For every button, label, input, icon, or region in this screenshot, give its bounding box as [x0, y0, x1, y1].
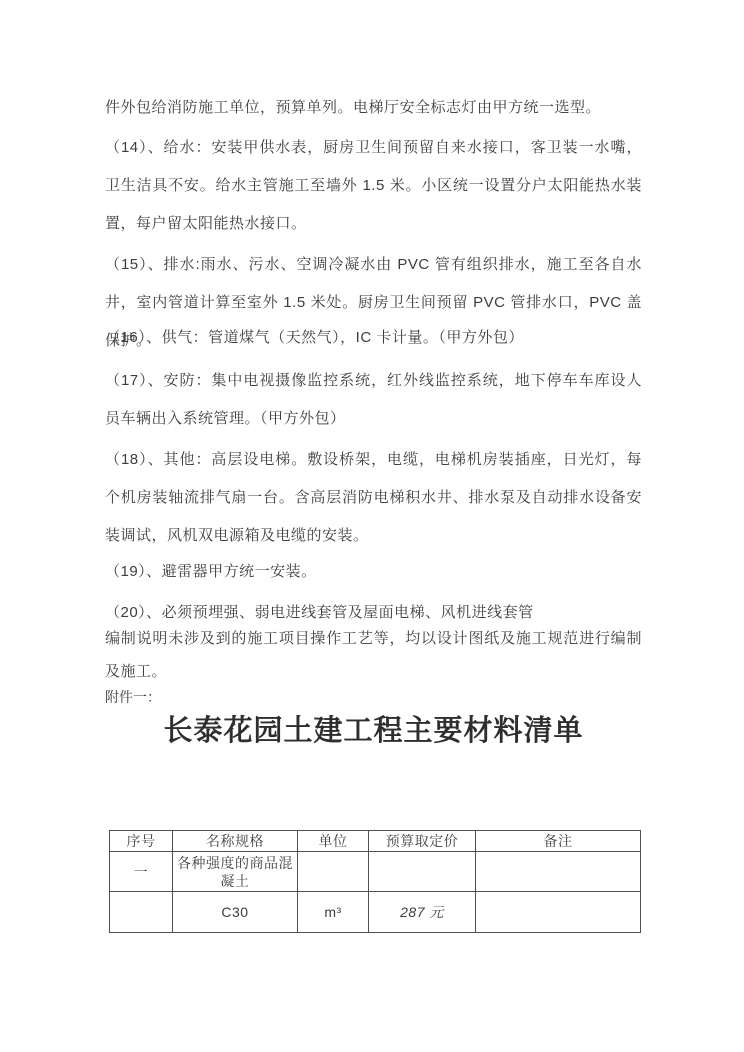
paragraph-continuation: 件外包给消防施工单位，预算单列。电梯厅安全标志灯由甲方统一选型。	[105, 89, 642, 127]
cell-serial-number: 一	[110, 852, 173, 892]
cell-budget-price	[369, 852, 476, 892]
table-header-row: 序号 名称规格 单位 预算取定价 备注	[110, 831, 641, 852]
cell-unit	[298, 852, 369, 892]
table-row: 一 各种强度的商品混凝土	[110, 852, 641, 892]
header-unit: 单位	[298, 831, 369, 852]
document-page: 件外包给消防施工单位，预算单列。电梯厅安全标志灯由甲方统一选型。 （14）、给水…	[0, 0, 744, 1052]
cell-name-spec: C30	[173, 892, 298, 933]
header-remarks: 备注	[476, 831, 641, 852]
header-serial-number: 序号	[110, 831, 173, 852]
cell-remarks	[476, 892, 641, 933]
paragraph-item-16: （16）、供气：管道煤气（天然气），IC 卡计量。（甲方外包）	[105, 319, 642, 357]
header-name-spec: 名称规格	[173, 831, 298, 852]
paragraph-item-14: （14）、给水：安装甲供水表，厨房卫生间预留自来水接口，客卫装一水嘴，卫生洁具不…	[105, 129, 642, 243]
paragraph-item-19: （19）、避雷器甲方统一安装。	[105, 553, 642, 591]
table-row: C30 m³ 287 元	[110, 892, 641, 933]
paragraph-item-18: （18）、其他：高层设电梯。敷设桥架，电缆，电梯机房装插座，日光灯，每个机房装轴…	[105, 441, 642, 555]
paragraph-item-17: （17）、安防：集中电视摄像监控系统，红外线监控系统，地下停车车库设人员车辆出入…	[105, 362, 642, 438]
cell-name-spec: 各种强度的商品混凝土	[173, 852, 298, 892]
cell-unit: m³	[298, 892, 369, 933]
cell-serial-number	[110, 892, 173, 933]
paragraph-compilation-note: 编制说明未涉及到的施工项目操作工艺等，均以设计图纸及施工规范进行编制及施工。	[105, 622, 642, 688]
cell-budget-price: 287 元	[369, 892, 476, 933]
cell-remarks	[476, 852, 641, 892]
attachment-label: 附件一：	[105, 686, 161, 708]
page-title: 长泰花园土建工程主要材料清单	[105, 708, 642, 749]
header-budget-price: 预算取定价	[369, 831, 476, 852]
materials-table: 序号 名称规格 单位 预算取定价 备注 一 各种强度的商品混凝土 C30 m³ …	[109, 830, 641, 933]
